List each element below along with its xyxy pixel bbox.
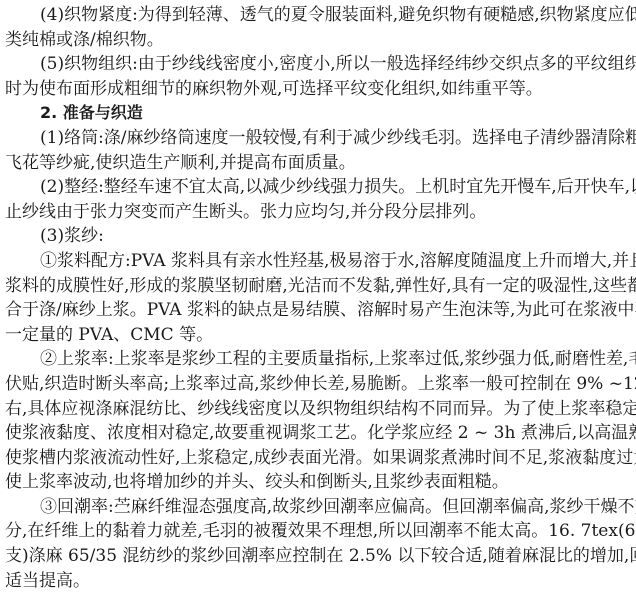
section-heading-preparation-weaving: 2. 准备与织造 [5,101,632,126]
paragraph-moisture-regain-line-4: 适当提高。 [5,569,632,594]
paragraph-size-recipe-line-2: 浆料的成膜性好,形成的浆膜坚韧耐磨,光洁而不发黏,弹性好,具有一定的吸湿性,这些… [5,274,632,299]
paragraph-size-pickup-line-3: 右,具体应视涤麻混纺比、纱线线密度以及织物组织结构不同而异。为了使上浆率稳定,还… [5,397,632,422]
paragraph-size-pickup-line-2: 伏贴,织造时断头率高;上浆率过高,浆纱伸长差,易脆断。上浆率一般可控制在 9% … [5,372,632,397]
paragraph-size-recipe-line-1: ①浆料配方:PVA 浆料具有亲水性羟基,极易溶于水,溶解度随温度上升而增大,并且… [5,249,632,274]
paragraph-fabric-weave-line-2: 时为使布面形成粗细节的麻织物外观,可选择平纹变化组织,如纬重平等。 [5,77,632,102]
document-page: (4)织物紧度:为得到轻薄、透气的夏令服装面料,避免织物有硬糙感,织物紧度应低于… [5,3,632,593]
paragraph-moisture-regain-line-3: 支)涤麻 65/35 混纺纱的浆纱回潮率应控制在 2.5% 以下较合适,随着麻混… [5,544,632,569]
paragraph-size-recipe-line-4: 一定量的 PVA、CMC 等。 [5,323,632,348]
paragraph-moisture-regain-line-1: ③回潮率:苎麻纤维湿态强度高,故浆纱回潮率应偏高。但回潮率偏高,浆纱干燥不充 [5,495,632,520]
paragraph-size-recipe-line-3: 合于涤/麻纱上浆。PVA 浆料的缺点是易结膜、溶解时易产生泡沫等,为此可在浆液中… [5,298,632,323]
paragraph-size-pickup-line-6: 使上浆率波动,也将增加纱的并头、绞头和倒断头,且浆纱表面粗糙。 [5,470,632,495]
paragraph-size-pickup-line-4: 使浆液黏度、浓度相对稳定,故要重视调浆工艺。化学浆应经 2 ~ 3h 煮沸后,以… [5,421,632,446]
paragraph-moisture-regain-line-2: 分,在纤维上的黏着力就差,毛羽的被覆效果不理想,所以回潮率不能太高。16. 7t… [5,519,632,544]
subheading-sizing: (3)浆纱: [5,224,632,249]
paragraph-fabric-tightness-line-2: 类纯棉或涤/棉织物。 [5,28,632,53]
paragraph-size-pickup-line-1: ②上浆率:上浆率是浆纱工程的主要质量指标,上浆率过低,浆纱强力低,耐磨性差,毛羽… [5,347,632,372]
paragraph-fabric-tightness-line-1: (4)织物紧度:为得到轻薄、透气的夏令服装面料,避免织物有硬糙感,织物紧度应低于… [5,3,632,28]
paragraph-warping-line-1: (2)整经:整经车速不宜太高,以减少纱线强力损失。上机时宜先开慢车,后开快车,以… [5,175,632,200]
paragraph-fabric-weave-line-1: (5)织物组织:由于纱线线密度小,密度小,所以一般选择经纬纱交织点多的平纹组织。… [5,52,632,77]
paragraph-size-pickup-line-5: 使浆槽内浆液流动性好,上浆稳定,成纱表面光滑。如果调浆煮沸时间不足,浆液黏度过大… [5,446,632,471]
paragraph-warping-line-2: 止纱线由于张力突变而产生断头。张力应均匀,并分段分层排列。 [5,200,632,225]
paragraph-winding-line-2: 飞花等纱疵,使织造生产顺利,并提高布面质量。 [5,151,632,176]
paragraph-winding-line-1: (1)络筒:涤/麻纱络筒速度一般较慢,有利于减少纱线毛羽。选择电子清纱器清除粗节… [5,126,632,151]
